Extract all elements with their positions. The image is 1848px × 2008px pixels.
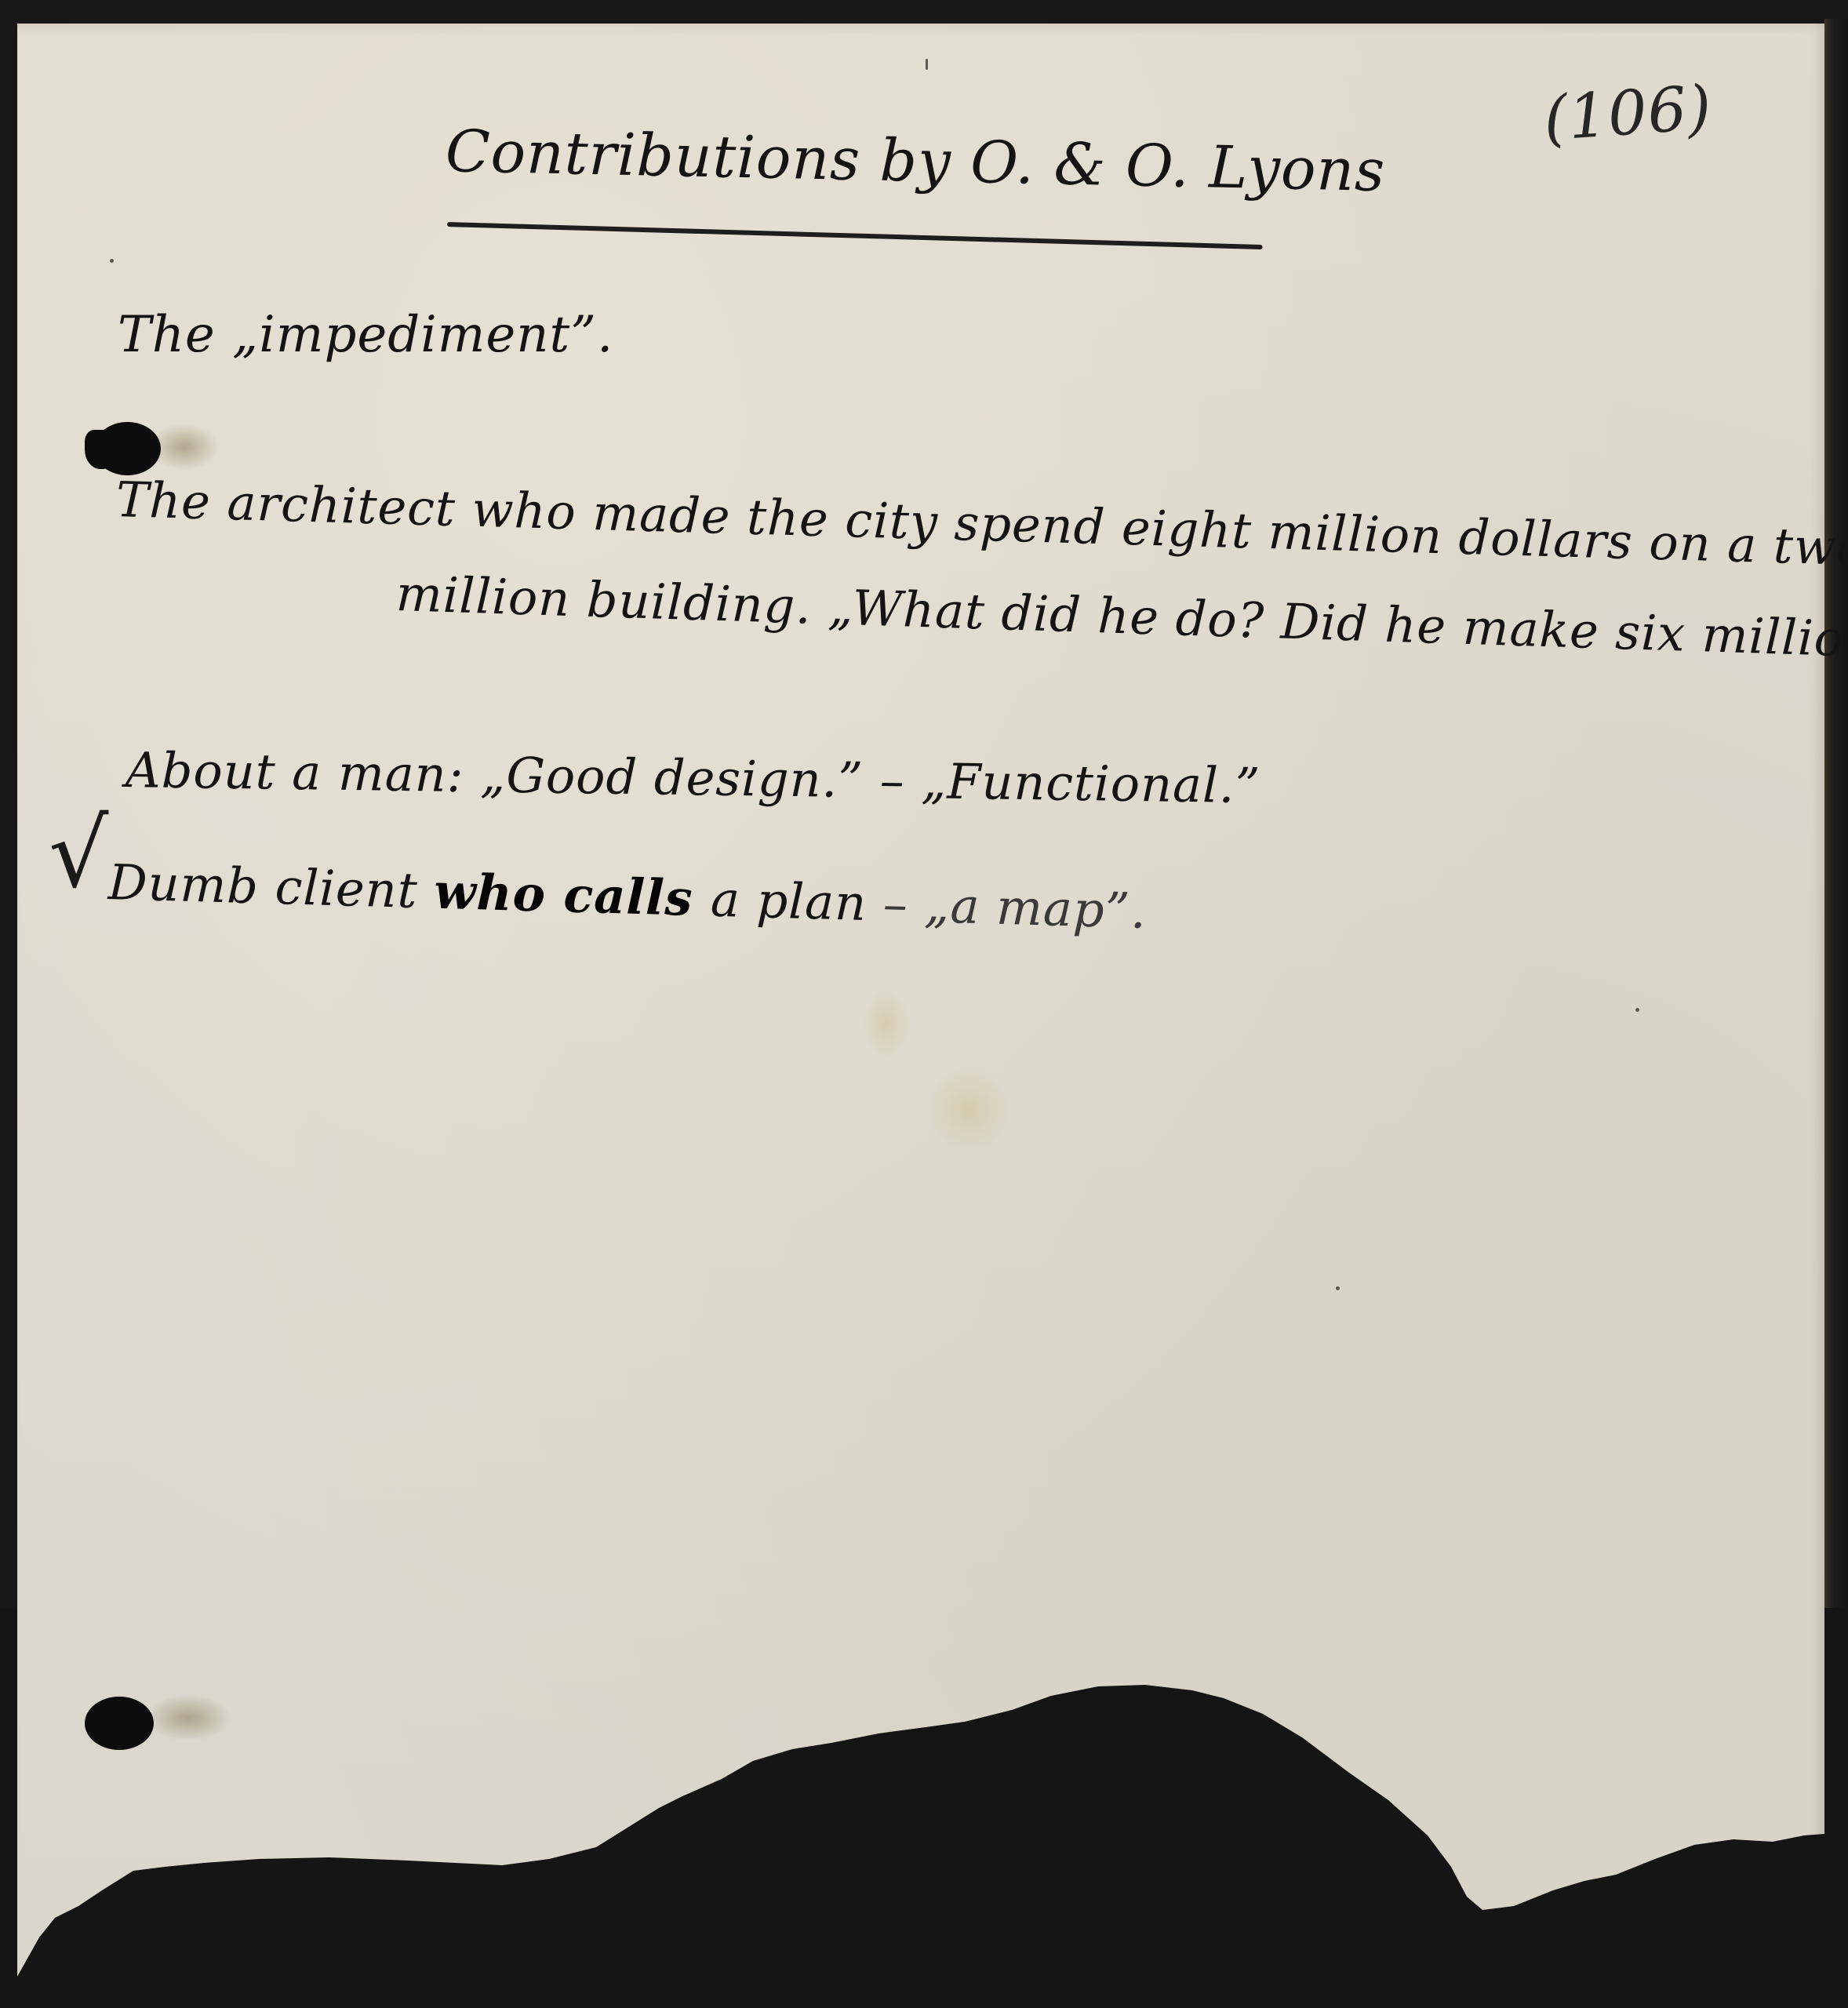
note-text-segment-faded-ink: – „a map”.: [882, 875, 1148, 940]
stain-mark: [926, 1067, 1012, 1153]
paper-speck: [1336, 1286, 1340, 1290]
note-line-impediment: The „impediment”.: [118, 306, 613, 364]
note-text-segment: Dumb client: [107, 853, 435, 920]
note-text-segment: a plan: [710, 870, 884, 932]
page-number: (106): [1541, 73, 1715, 155]
punch-hole-top-notch: [85, 430, 116, 469]
paper-speck: [1635, 1008, 1639, 1012]
paper-speck: [110, 259, 114, 263]
torn-paper-edge: [0, 1608, 1848, 2008]
stain-mark: [863, 988, 910, 1059]
checkmark-icon: √: [49, 800, 109, 909]
note-text-segment-heavy-ink: who calls: [433, 863, 711, 928]
paper-speck: [926, 59, 928, 70]
